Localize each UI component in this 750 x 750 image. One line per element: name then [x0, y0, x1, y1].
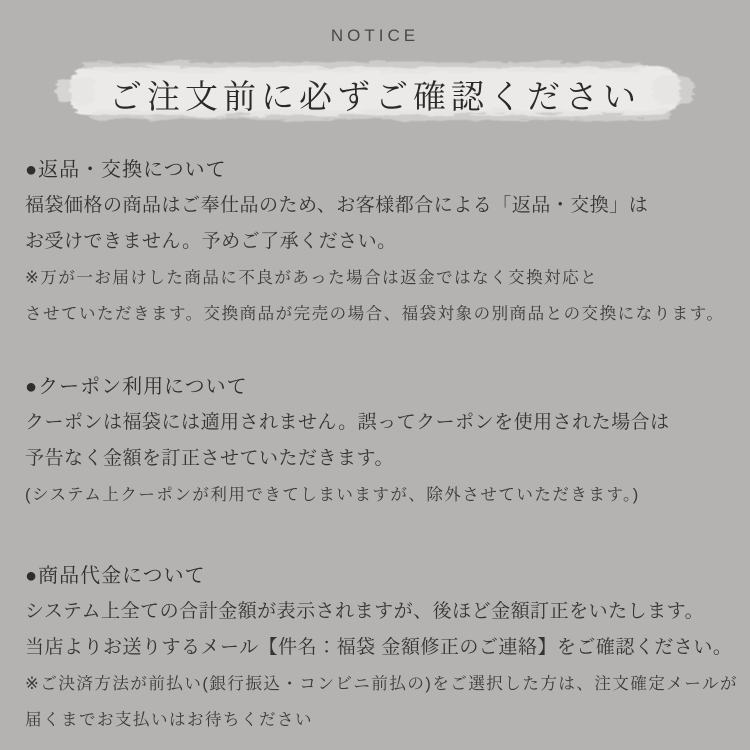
section-product-price: ●商品代金について システム上全ての合計金額が表示されますが、後ほど金額訂正をい…: [25, 558, 744, 738]
note-line: 届くまでお支払いはお待ちください: [25, 702, 744, 738]
note-line: (システム上クーポンが利用できてしまいますが、除外させていただきます。): [25, 477, 744, 513]
note-line: ※ご決済方法が前払い(銀行振込・コンビニ前払の)をご選択した方は、注文確定メール…: [25, 666, 744, 702]
note-line: させていただきます。交換商品が完売の場合、福袋対象の別商品との交換になります。: [25, 296, 744, 332]
body-line: システム上全ての合計金額が表示されますが、後ほど金額訂正をいたします。: [25, 594, 744, 630]
section-title: ●商品代金について: [25, 558, 744, 594]
notice-label: NOTICE: [0, 26, 750, 46]
notice-page: NOTICE ご注文前に必ずご確認ください ●返品・交換について 福袋価格の商品…: [0, 0, 750, 750]
note-line: ※万が一お届けした商品に不良があった場合は返金ではなく交換対応と: [25, 260, 744, 296]
body-line: 予告なく金額を訂正させていただきます。: [25, 441, 744, 477]
section-title: ●返品・交換について: [25, 152, 744, 188]
section-coupon-usage: ●クーポン利用について クーポンは福袋には適用されません。誤ってクーポンを使用さ…: [25, 369, 744, 513]
body-line: クーポンは福袋には適用されません。誤ってクーポンを使用された場合は: [25, 405, 744, 441]
body-line: 当店よりお送りするメール【件名：福袋 金額修正のご連絡】をご確認ください。: [25, 630, 744, 666]
section-title: ●クーポン利用について: [25, 369, 744, 405]
body-line: お受けできません。予めご了承ください。: [25, 224, 744, 260]
body-line: 福袋価格の商品はご奉仕品のため、お客様都合による「返品・交換」は: [25, 188, 744, 224]
page-heading: ご注文前に必ずご確認ください: [0, 71, 750, 118]
section-returns-exchange: ●返品・交換について 福袋価格の商品はご奉仕品のため、お客様都合による「返品・交…: [25, 152, 744, 332]
